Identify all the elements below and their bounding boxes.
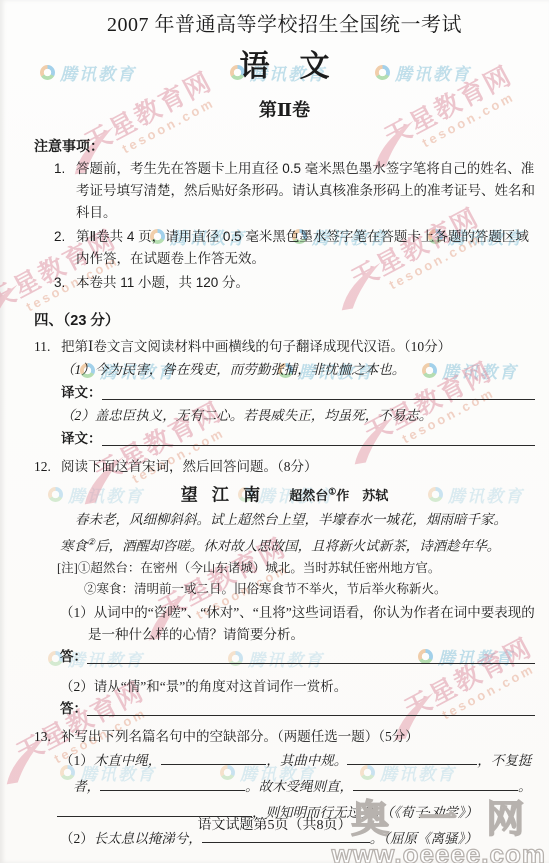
translation-label: 译文：	[61, 382, 102, 404]
blank-underline	[161, 764, 266, 765]
notice-item-number: 1.	[54, 158, 76, 224]
question-12-sub-1: （1）从词中的“咨嗟”、“休对”、“且将”这些词语看，你认为作者在词中要表现的是…	[60, 602, 535, 646]
note-label: [注]	[57, 561, 78, 575]
answer-line-1: 答：	[60, 646, 535, 668]
question-number: 13.	[34, 726, 61, 748]
poem-line-2: 寒食②后，酒醒却咨嗟。休对故人思故国，且将新火试新茶，诗酒趁年华。	[60, 531, 535, 558]
question-12-sub-2: （2）请从“情”和“景”的角度对这首词作一赏析。	[60, 676, 535, 698]
exam-title: 2007 年普通高等学校招生全国统一考试	[34, 12, 535, 38]
translation-label: 译文：	[61, 428, 102, 450]
quote-segment: 。故木受绳则直，	[245, 779, 353, 794]
poem-heading: 望 江 南超然台①作 苏轼	[34, 479, 535, 509]
poem-line-1: 春未老，风细柳斜斜。试上超然台上望，半壕春水一城花，烟雨暗千家。	[75, 509, 535, 531]
question-stem: 补写出下列名篇名句中的空缺部分。（两题任选一题）（5分）	[61, 726, 535, 748]
poem-author-post: 作 苏轼	[336, 488, 388, 503]
subquestion-text: 请从“情”和“景”的角度对这首词作一赏析。	[94, 679, 347, 694]
notice-item-number: 2.	[54, 226, 76, 270]
answer-label: 答：	[60, 698, 87, 720]
subquestion-text: 从词中的“咨嗟”、“休对”、“且将”这些词语看，你认为作者在词中要表现的是一种什…	[88, 605, 535, 642]
question-11-body: （1）今为民害，咎在残吏，而劳勤张捕，非忧恤之本也。 译文： （2）盖忠臣执义，…	[61, 358, 535, 450]
oeeee-watermark: 奥 一 网 www.oeeee.com	[332, 798, 546, 863]
question-stem: 阅读下面这首宋词，然后回答问题。（8分）	[61, 456, 535, 478]
section-heading: 四、（23 分）	[34, 310, 535, 332]
poem-note-2: ②寒食：清明前一或二日。旧俗寒食节不举火，节后举火称新火。	[84, 579, 535, 600]
question-13: 13. 补写出下列名篇名句中的空缺部分。（两题任选一题）（5分）	[34, 726, 535, 748]
translation-line-2: 译文：	[61, 428, 535, 450]
question-11: 11. 把第Ⅰ卷文言文阅读材料中画横线的句子翻译成现代汉语。（10分）	[34, 336, 535, 358]
blank-underline	[347, 764, 477, 765]
translation-line-1: 译文：	[61, 382, 535, 404]
poem-title: 望 江 南	[181, 485, 266, 504]
notice-item-text: 本卷共 11 小题，共 120 分。	[76, 272, 535, 294]
quote-segment: ，其曲中规。	[266, 753, 347, 768]
notice-item-number: 3.	[54, 272, 76, 294]
question-number: 12.	[34, 456, 61, 478]
poem-line-2-post: 后，酒醒却咨嗟。休对故人思故国，且将新火试新茶，诗酒趁年华。	[95, 539, 500, 554]
translation-blank	[102, 445, 536, 446]
answer-label: 答：	[60, 646, 87, 668]
classical-sentence-1: （1）今为民害，咎在残吏，而劳勤张捕，非忧恤之本也。	[61, 358, 535, 382]
poem-author: 超然台①作 苏轼	[289, 488, 388, 503]
notice-item-text: 第Ⅱ卷共 4 页，请用直径 0.5 毫米黑色墨水签字笔在答题卡上各题的答题区域内…	[76, 226, 535, 270]
subquestion-number: （1）	[60, 753, 94, 768]
exam-content: 2007 年普通高等学校招生全国统一考试 语 文 第Ⅱ卷 注意事项： 1. 答题…	[0, 0, 549, 863]
notice-heading: 注意事项：	[34, 136, 535, 156]
question-stem: 把第Ⅰ卷文言文阅读材料中画横线的句子翻译成现代汉语。（10分）	[61, 336, 535, 358]
quote-segment: 。	[518, 779, 532, 794]
volume-title: 第Ⅱ卷	[34, 98, 535, 122]
quote-segment: 木直中绳，	[94, 753, 162, 768]
oeeee-watermark-name: 奥 一 网	[332, 798, 546, 842]
oeeee-watermark-domain: www.oeeee.com	[332, 842, 546, 863]
blank-underline	[100, 790, 245, 791]
question-number: 11.	[34, 336, 61, 358]
quote-segment: ，不复挺	[477, 753, 531, 768]
blank-underline	[353, 790, 518, 791]
notice-item: 3. 本卷共 11 小题，共 120 分。	[34, 272, 535, 294]
exam-paper-page: 腾讯教育 腾讯教育 腾讯教育 腾讯教育 腾讯教育 腾讯教育 腾讯教育 腾讯教育 …	[0, 0, 549, 863]
answer-line-2: 答：	[60, 698, 535, 720]
note-text: ①超然台：在密州（今山东诸城）城北。当时苏轼任密州地方官。	[78, 561, 441, 575]
poem-line-2-pre: 寒食	[60, 539, 87, 554]
quote-segment: 者，	[73, 779, 100, 794]
subject-title: 语 文	[34, 48, 535, 86]
poem-author-pre: 超然台	[289, 488, 328, 503]
question-12: 12. 阅读下面这首宋词，然后回答问题。（8分）	[34, 456, 535, 478]
question-13-sub-1-line-2: 者，。故木受绳则直，。	[73, 774, 535, 800]
subquestion-number: （1）	[60, 605, 94, 620]
poem-note-1: [注]①超然台：在密州（今山东诸城）城北。当时苏轼任密州地方官。	[57, 558, 535, 579]
poem-line-2-sup: ②	[87, 537, 95, 547]
classical-sentence-2: （2）盖忠臣执义，无有二心。若畏威失正，均虽死，不易志。	[61, 404, 535, 428]
question-13-sub-1-line-1: （1）木直中绳，，其曲中规。，不复挺	[60, 748, 535, 774]
notice-item-text: 答题前，考生先在答题卡上用直径 0.5 毫米黑色墨水签字笔将自己的姓名、准考证号…	[76, 158, 535, 224]
subquestion-number: （2）	[60, 679, 94, 694]
notice-item: 1. 答题前，考生先在答题卡上用直径 0.5 毫米黑色墨水签字笔将自己的姓名、准…	[34, 158, 535, 224]
translation-blank	[102, 399, 536, 400]
notice-item: 2. 第Ⅱ卷共 4 页，请用直径 0.5 毫米黑色墨水签字笔在答题卡上各题的答题…	[34, 226, 535, 270]
answer-blank	[87, 663, 535, 664]
answer-blank	[87, 715, 535, 716]
